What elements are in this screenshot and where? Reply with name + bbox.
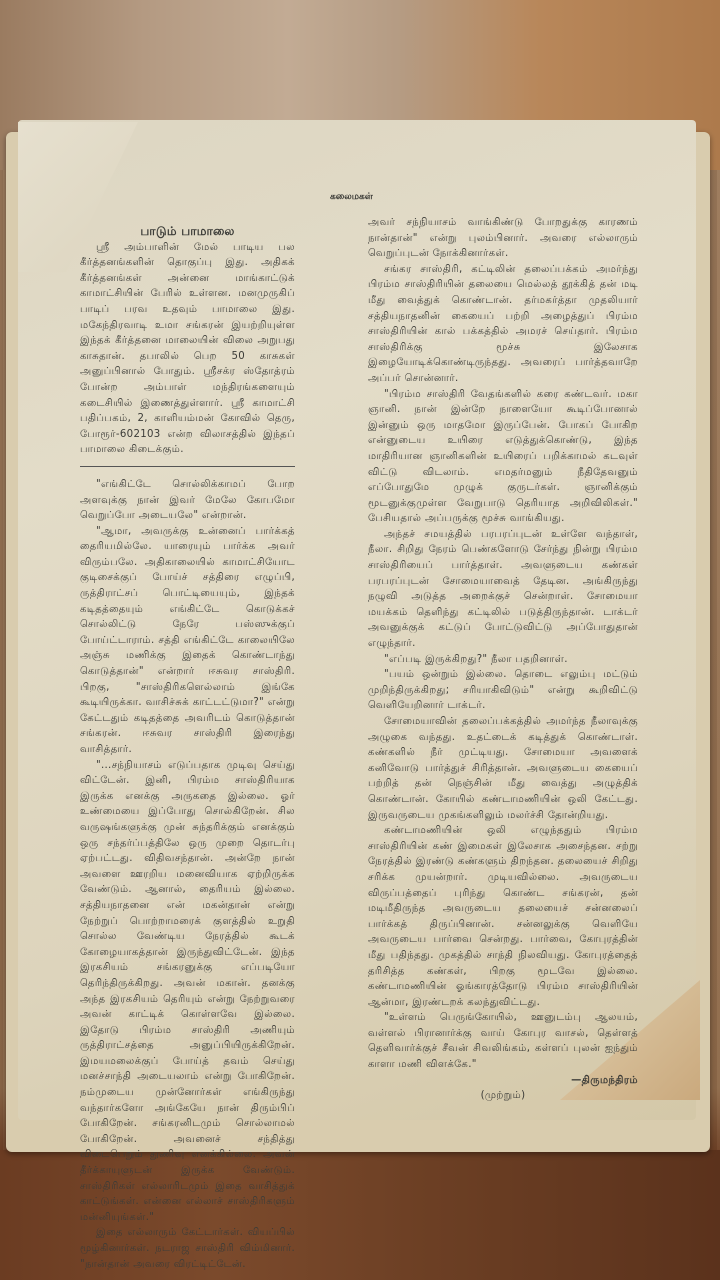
paragraph: "எங்கிட்டே சொல்லிக்காமப் போற அளவுக்கு நா… [80, 477, 295, 524]
paragraph: சங்கர சாஸ்திரி, கட்டிலின் தலைப்பக்கம் அம… [368, 262, 638, 387]
paragraph: இதை எல்லாரும் கேட்டார்கள். வியப்பில் மூழ… [80, 1225, 295, 1272]
right-column: அவர் சந்நியாசம் வாங்கிண்டு போறதுக்கு கார… [368, 215, 638, 1104]
paragraph: "பயம் ஒன்றும் இல்லை. தொடை எலும்பு மட்டும… [368, 667, 638, 714]
verse-attribution: —திருமந்திரம் [368, 1073, 638, 1089]
left-column: பாடும் பாமாலை ஸ்ரீ அம்பாளின் மேல் பாடிய … [80, 224, 295, 1272]
book-notice-box: பாடும் பாமாலை ஸ்ரீ அம்பாளின் மேல் பாடிய … [80, 224, 295, 467]
paragraph: அவர் சந்நியாசம் வாங்கிண்டு போறதுக்கு கார… [368, 215, 638, 262]
paragraph: "ஆமா, அவருக்கு உன்னைப் பார்க்கத் தைரியமி… [80, 524, 295, 758]
verse-quote: "உள்ளம் பெருங்கோயில், ஊனுடம்பு ஆலயம், வள… [368, 1010, 638, 1072]
running-header: கலைமகள் [330, 192, 373, 203]
paragraph: சோமையாவின் தலைப்பக்கத்தில் அமர்ந்த நீலாவ… [368, 714, 638, 823]
paragraph: கண்டாமணியின் ஒலி எழுந்ததும் பிரம்ம சாஸ்த… [368, 823, 638, 1010]
divider [80, 466, 295, 467]
paragraph: "எப்படி இருக்கிறது?" நீலா பதறினாள். [368, 652, 638, 668]
paragraph: "...சந்நியாசம் எடுப்பதாக முடிவு செய்து வ… [80, 758, 295, 1226]
book-notice-title: பாடும் பாமாலை [80, 224, 295, 240]
end-note: (முற்றும்) [368, 1088, 638, 1104]
paragraph: அந்தச் சமயத்தில் பரபரப்புடன் உள்ளே வந்தா… [368, 527, 638, 652]
paragraph: "பிரம்ம சாஸ்திரி வேதங்களில் கரை கண்டவர்.… [368, 387, 638, 527]
book-notice-text: ஸ்ரீ அம்பாளின் மேல் பாடிய பல கீர்த்தனங்க… [80, 240, 295, 458]
